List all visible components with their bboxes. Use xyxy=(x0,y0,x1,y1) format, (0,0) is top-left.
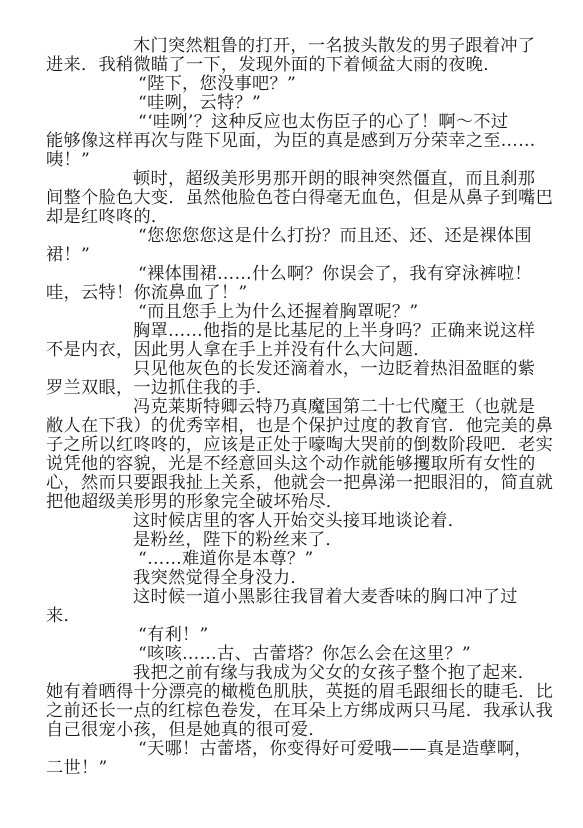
text-line: 我把之前有缘与我成为父女的女孩子整个抱了起来． xyxy=(133,663,535,684)
text-line: “而且您手上为什么还握着胸罩呢？” xyxy=(138,302,419,323)
text-line: 冯克莱斯特卿云特乃真魔国第二十七代魔王（也就是 xyxy=(133,397,535,418)
text-line: “裸体围裙……什么啊？你误会了，我有穿泳裤啦！ xyxy=(138,264,532,285)
text-line: 进来．我稍微瞄了一下，发现外面的下着倾盆大雨的夜晚． xyxy=(46,55,501,76)
text-line: 咦！” xyxy=(46,150,90,171)
text-line: 裙！” xyxy=(46,245,90,266)
text-line: “您您您您这是什么打扮？而且还、还、还是裸体围 xyxy=(138,226,532,247)
text-line: 说凭他的容貌，光是不经意回头这个动作就能够攫取所有女性的 xyxy=(46,454,536,475)
text-line: 自己很宠小孩，但是她真的很可爱． xyxy=(46,720,326,741)
text-line: 二世！” xyxy=(46,758,108,779)
text-line: “有利！” xyxy=(138,625,209,646)
text-line: 心，然而只要跟我扯上关系，他就会一把鼻涕一把眼泪的，简直就 xyxy=(46,473,553,494)
text-line: 把他超级美形男的形象完全破坏殆尽． xyxy=(46,492,343,513)
text-line: “天哪！古蕾塔，你变得好可爱哦——真是造孽啊， xyxy=(138,739,532,760)
text-line: 顿时，超级美形男那开朗的眼神突然僵直，而且刹那 xyxy=(133,169,535,190)
text-line: 只见他灰色的长发还滴着水，一边眨着热泪盈眶的紫 xyxy=(133,359,535,380)
text-line: 罗兰双眼，一边抓住我的手． xyxy=(46,378,273,399)
text-line: “‘哇咧’？这种反应也太伤臣子的心了！啊～不过 xyxy=(138,112,508,133)
text-line: 胸罩……他指的是比基尼的上半身吗？正确来说这样 xyxy=(133,321,535,342)
text-line: “咳咳……古、古蕾塔？你怎么会在这里？” xyxy=(138,644,471,665)
text-line: 木门突然粗鲁的打开，一名披头散发的男子跟着冲了 xyxy=(133,36,535,57)
text-line: 间整个脸色大变．虽然他脸色苍白得毫无血色，但是从鼻子到嘴巴 xyxy=(46,188,553,209)
text-line: “……难道你是本尊？” xyxy=(138,549,314,570)
text-line: 是粉丝，陛下的粉丝来了． xyxy=(133,530,343,551)
text-line: 不是内衣，因此男人拿在手上并没有什么大问题． xyxy=(46,340,431,361)
text-line: 之前还长一点的红棕色卷发，在耳朵上方绑成两只马尾．我承认我 xyxy=(46,701,553,722)
text-line: “哇咧，云特？” xyxy=(138,93,261,114)
text-line: 这时候店里的客人开始交头接耳地谈论着． xyxy=(133,511,465,532)
text-line: “陛下，您没事吧？” xyxy=(138,74,296,95)
text-line: 来． xyxy=(46,606,81,627)
text-line: 哇，云特！你流鼻血了！” xyxy=(46,283,247,304)
text-line: 她有着晒得十分漂亮的橄榄色肌肤，英挺的眉毛跟细长的睫毛．比 xyxy=(46,682,553,703)
document-page: 木门突然粗鲁的打开，一名披头散发的男子跟着冲了进来．我稍微瞄了一下，发现外面的下… xyxy=(0,0,583,828)
text-line: 能够像这样再次与陛下见面，为臣的真是感到万分荣幸之至…… xyxy=(46,131,536,152)
text-line: 子之所以红咚咚的，应该是正处于嚎啕大哭前的倒数阶段吧．老实 xyxy=(46,435,553,456)
text-line: 敝人在下我）的优秀宰相，也是个保护过度的教育官．他完美的鼻 xyxy=(46,416,553,437)
text-line: 却是红咚咚的． xyxy=(46,207,168,228)
text-line: 这时候一道小黑影往我冒着大麦香味的胸口冲了过 xyxy=(133,587,518,608)
text-line: 我突然觉得全身没力． xyxy=(133,568,308,589)
